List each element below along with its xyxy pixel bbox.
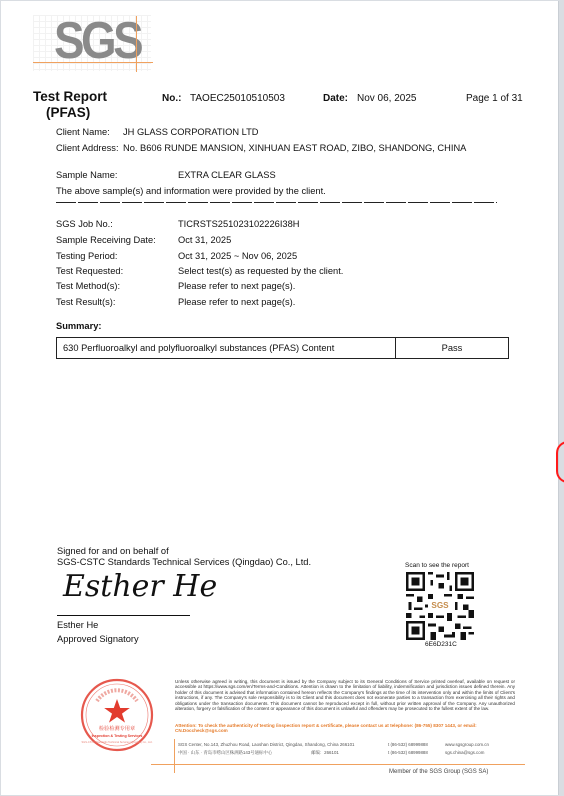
qr-code[interactable]: SGS — [406, 572, 474, 640]
page-info: Page 1 of 31 — [466, 93, 523, 104]
stamp-en-text: Inspection & Testing Services — [92, 734, 143, 738]
footer-email[interactable]: sgs.china@sgs.com — [445, 750, 484, 755]
table-row: 630 Perfluoroalkyl and polyfluoroalkyl s… — [57, 338, 509, 359]
report-date: Nov 06, 2025 — [357, 93, 417, 104]
sample-name: EXTRA CLEAR GLASS — [178, 170, 276, 180]
detail-label: Test Result(s): — [56, 297, 115, 307]
detail-label: Sample Receiving Date: — [56, 235, 156, 245]
client-address-label: Client Address: — [56, 143, 119, 153]
client-name-label: Client Name: — [56, 127, 110, 137]
disclaimer-text: Unless otherwise agreed in writing, this… — [175, 679, 515, 711]
footer-address-cn: 中国 · 山东 · 青岛市崂山区株洲路143号通标中心 — [178, 750, 272, 756]
report-title: Test Report — [33, 89, 107, 104]
stamp-cn-text: 检验检测专用章 — [99, 724, 135, 732]
footer-website[interactable]: www.sgsgroup.com.cn — [445, 742, 489, 747]
signer-name: Esther He — [57, 620, 98, 630]
footer-rule-vertical — [174, 739, 175, 773]
detail-value: Oct 31, 2025 ~ Nov 06, 2025 — [178, 251, 297, 261]
footer-member: Member of the SGS Group (SGS SA) — [389, 769, 488, 775]
footer-fax: t (86-532) 68999888 — [388, 750, 428, 755]
footer-address-en: SGS Center, No.143, Zhuzhou Road, Laosha… — [178, 742, 354, 747]
report-no-label: No.: — [162, 93, 181, 104]
star-icon — [104, 699, 130, 723]
footer-rule — [151, 764, 525, 765]
detail-label: SGS Job No.: — [56, 219, 113, 229]
detail-label: Test Requested: — [56, 266, 123, 276]
detail-value: TICRSTS251023102226I38H — [178, 219, 299, 229]
sample-name-label: Sample Name: — [56, 170, 118, 180]
page-edge-mark — [556, 441, 564, 483]
authenticity-notice: Attention: To check the authenticity of … — [175, 723, 515, 734]
handwritten-signature: Esther He — [63, 569, 217, 604]
summary-test: 630 Perfluoroalkyl and polyfluoroalkyl s… — [57, 338, 396, 359]
logo-rule-vertical — [136, 16, 137, 72]
summary-table: 630 Perfluoroalkyl and polyfluoroalkyl s… — [56, 337, 509, 359]
stamp-side-text: SGS-CSTC Standards Technical Services (Q… — [82, 740, 153, 744]
footer-postcode: 邮编：266101 — [311, 750, 339, 756]
detail-value: Please refer to next page(s). — [178, 281, 295, 291]
signer-title: Approved Signatory — [57, 634, 139, 644]
qr-code-id: 6E6D231C — [425, 641, 457, 648]
client-name: JH GLASS CORPORATION LTD — [123, 127, 259, 137]
signed-on-behalf: Signed for and on behalf of — [57, 546, 169, 556]
qr-center-logo: SGS — [431, 601, 449, 610]
detail-value: Select test(s) as requested by the clien… — [178, 266, 343, 276]
summary-label: Summary: — [56, 321, 101, 331]
detail-value: Oct 31, 2025 — [178, 235, 231, 245]
report-page: SGS Test Report (PFAS) No.: TAOEC2501051… — [1, 1, 559, 795]
official-stamp: 检验检测专用章 Inspection & Testing Services SG… — [67, 677, 171, 757]
report-no: TAOEC25010510503 — [190, 93, 285, 104]
report-subtitle: (PFAS) — [46, 105, 90, 120]
signing-company: SGS-CSTC Standards Technical Services (Q… — [57, 557, 311, 567]
detail-label: Test Method(s): — [56, 281, 120, 291]
footer-phone: t (86-532) 68999888 — [388, 742, 428, 747]
signature-line — [57, 615, 190, 616]
qr-caption: Scan to see the report — [405, 562, 469, 569]
summary-result: Pass — [396, 338, 509, 359]
sgs-logo: SGS — [54, 13, 140, 69]
logo-rule-horizontal — [33, 62, 153, 63]
dashed-divider — [56, 202, 497, 203]
detail-value: Please refer to next page(s). — [178, 297, 295, 307]
date-label: Date: — [323, 93, 348, 104]
client-address: No. B606 RUNDE MANSION, XINHUAN EAST ROA… — [123, 143, 466, 153]
detail-label: Testing Period: — [56, 251, 118, 261]
sample-note: The above sample(s) and information were… — [56, 186, 326, 196]
